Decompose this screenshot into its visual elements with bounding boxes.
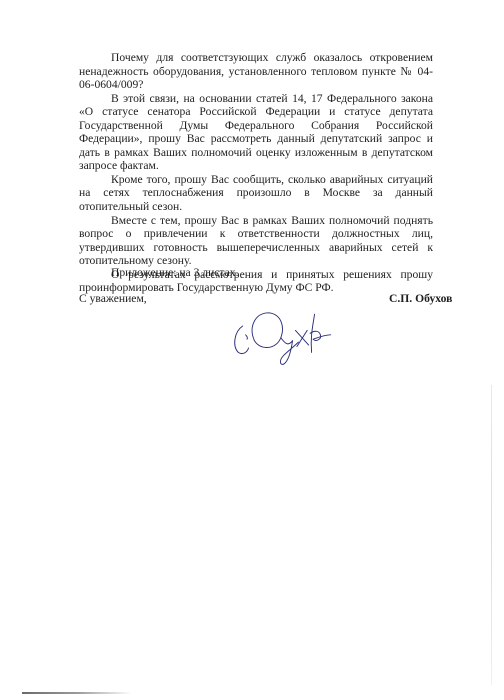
paragraph-accountability-request: Вместе с тем, прошу Вас в рамках Ваших п… [79,214,433,268]
letter-body: Почему для соответстзующих служб оказало… [79,51,433,295]
paragraph-legal-basis-request: В этой связи, на основании статей 14, 17… [79,92,433,173]
appendix-note: Приложение: на 3 листах. [111,266,238,280]
paragraph-emergency-count-request: Кроме того, прошу Вас сообщить, сколько … [79,173,433,214]
scan-edge-shadow-right [491,385,492,685]
paragraph-equipment-question: Почему для соответстзующих служб оказало… [79,51,433,92]
scan-edge-shadow-bottom [22,692,132,694]
signer-name: С.П. Обухов [389,292,452,306]
document-page: Почему для соответстзующих служб оказало… [0,0,504,700]
closing-salutation: С уважением, [79,292,147,306]
handwritten-signature-icon [228,296,338,378]
